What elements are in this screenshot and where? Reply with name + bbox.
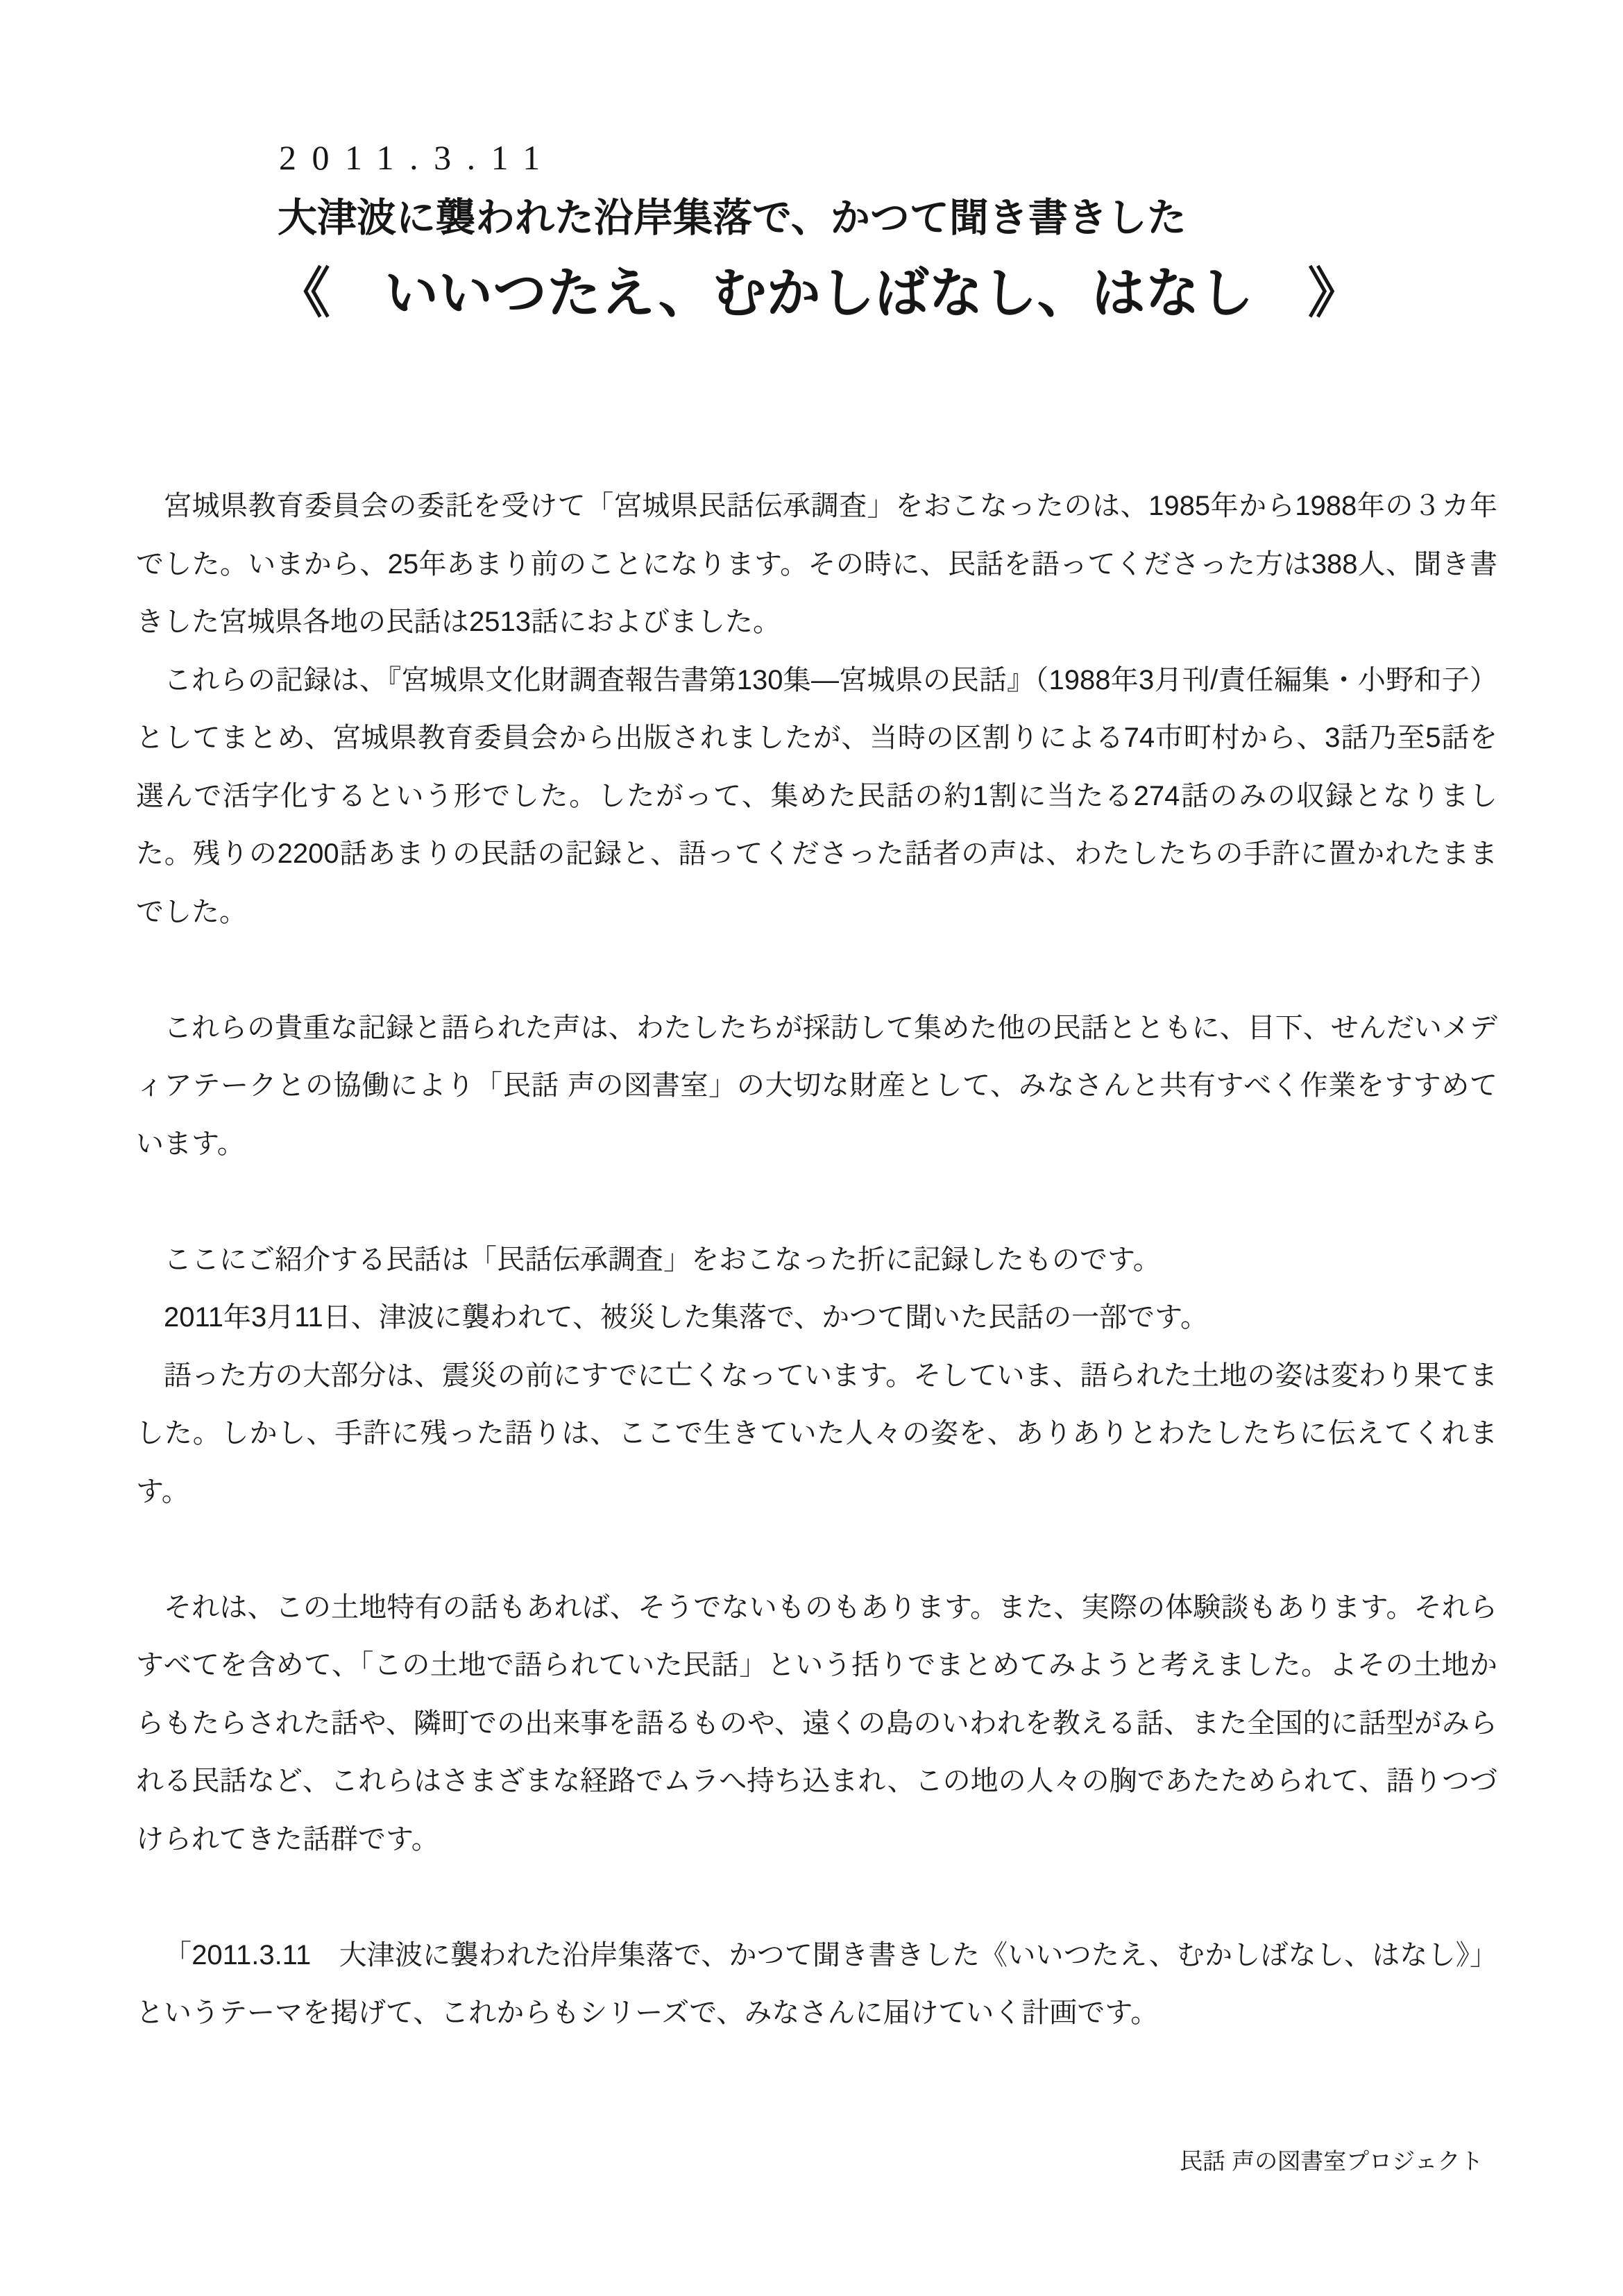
paragraph-survey-overview: 宮城県教育委員会の委託を受けて「宮城県民話伝承調査」をおこなったのは、1985年… bbox=[136, 478, 1497, 652]
paragraph-mediatheque-collaboration: これらの貴重な記録と語られた声は、わたしたちが採訪して集めた他の民話とともに、目… bbox=[136, 999, 1497, 1174]
footer-project-credit: 民話 声の図書室プロジェクト bbox=[1180, 2147, 1484, 2175]
paragraph-tsunami-note: 2011年3月11日、津波に襲われて、被災した集落で、かつて聞いた民話の一部です… bbox=[136, 1289, 1497, 1347]
paragraph-series-plan: 「2011.3.11 大津波に襲われた沿岸集落で、かつて聞き書きした《いいつたえ… bbox=[136, 1927, 1497, 2043]
paragraph-introduction-note: ここにご紹介する民話は「民話伝承調査」をおこなった折に記録したものです。 bbox=[136, 1231, 1497, 1290]
document-title: 《 いいつたえ、むかしばなし、はなし 》 bbox=[276, 264, 1362, 323]
header-date: 2011.3.11 bbox=[279, 140, 556, 175]
paragraph-tellers-note: 語った方の大部分は、震災の前にすでに亡くなっています。そしていま、語られた土地の… bbox=[136, 1347, 1497, 1521]
paragraph-story-variety: それは、この土地特有の話もあれば、そうでないものもあります。また、実際の体験談も… bbox=[136, 1579, 1497, 1869]
paragraph-publication-record: これらの記録は、『宮城県文化財調査報告書第130集―宮城県の民話』（1988年3… bbox=[136, 652, 1497, 942]
body-text: 宮城県教育委員会の委託を受けて「宮城県民話伝承調査」をおこなったのは、1985年… bbox=[136, 478, 1497, 2043]
header-subtitle: 大津波に襲われた沿岸集落で、かつて聞き書きした bbox=[278, 199, 1187, 238]
document-page: 2011.3.11 大津波に襲われた沿岸集落で、かつて聞き書きした 《 いいつた… bbox=[0, 0, 1623, 2296]
